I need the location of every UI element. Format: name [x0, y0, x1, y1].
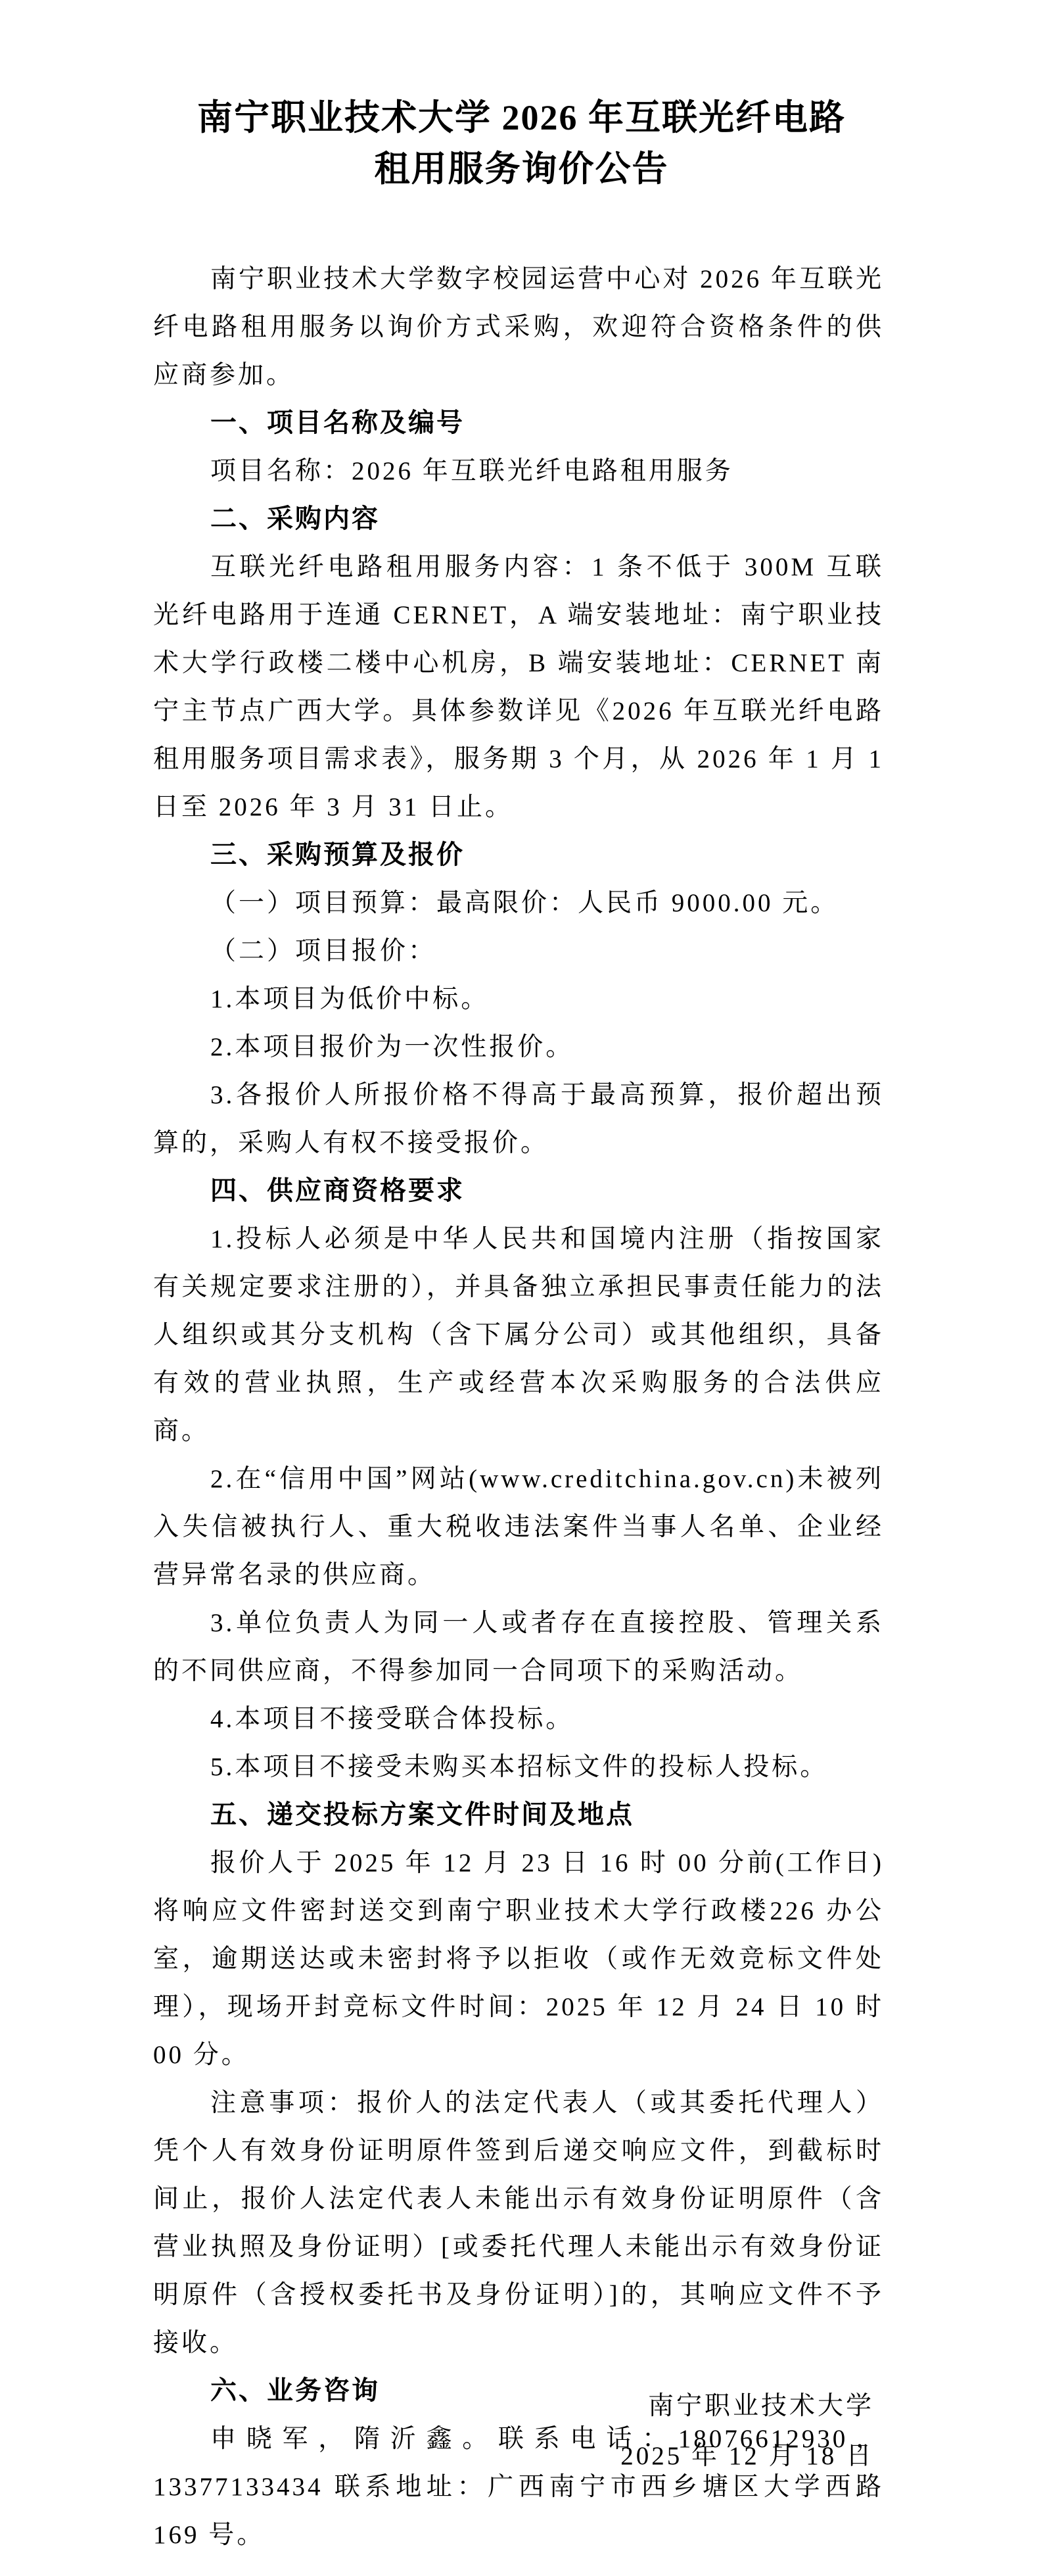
signature-date: 2025 年 12 月 18 日: [153, 2431, 884, 2481]
paragraph-procurement-content: 互联光纤电路租用服务内容：1 条不低于 300M 互联光纤电路用于连通 CERN…: [153, 543, 884, 831]
paragraph-quotation-rule-2: 2.本项目报价为一次性报价。: [153, 1023, 884, 1071]
paragraph-qualification-4: 4.本项目不接受联合体投标。: [153, 1695, 884, 1743]
paragraph-quotation-rule-1: 1.本项目为低价中标。: [153, 975, 884, 1023]
document-title-line-1: 南宁职业技术大学 2026 年互联光纤电路: [0, 92, 1043, 143]
section-heading-project-name: 一、项目名称及编号: [153, 399, 884, 447]
section-heading-budget-quotation: 三、采购预算及报价: [153, 831, 884, 879]
signature-organization: 南宁职业技术大学: [153, 2381, 884, 2431]
paragraph-submission-notes: 注意事项：报价人的法定代表人（或其委托代理人）凭个人有效身份证明原件签到后递交响…: [153, 2079, 884, 2367]
section-heading-procurement-content: 二、采购内容: [153, 495, 884, 543]
signature-block: 南宁职业技术大学 2025 年 12 月 18 日: [153, 2381, 884, 2481]
section-heading-submission: 五、递交投标方案文件时间及地点: [153, 1791, 884, 1839]
paragraph-intro: 南宁职业技术大学数字校园运营中心对 2026 年互联光纤电路租用服务以询价方式采…: [153, 255, 884, 399]
paragraph-budget: （一）项目预算：最高限价：人民币 9000.00 元。: [153, 879, 884, 927]
document-title-line-2: 租用服务询价公告: [0, 143, 1043, 195]
paragraph-submission-time-place: 报价人于 2025 年 12 月 23 日 16 时 00 分前(工作日)将响应…: [153, 1839, 884, 2079]
paragraph-quotation-label: （二）项目报价：: [153, 927, 884, 975]
document-title: 南宁职业技术大学 2026 年互联光纤电路 租用服务询价公告: [0, 0, 1043, 195]
section-heading-supplier-qualification: 四、供应商资格要求: [153, 1167, 884, 1215]
paragraph-qualification-5: 5.本项目不接受未购买本招标文件的投标人投标。: [153, 1743, 884, 1791]
paragraph-qualification-1: 1.投标人必须是中华人民共和国境内注册（指按国家有关规定要求注册的），并具备独立…: [153, 1215, 884, 1455]
paragraph-project-name: 项目名称：2026 年互联光纤电路租用服务: [153, 447, 884, 495]
paragraph-qualification-3: 3.单位负责人为同一人或者存在直接控股、管理关系的不同供应商，不得参加同一合同项…: [153, 1599, 884, 1695]
paragraph-quotation-rule-3: 3.各报价人所报价格不得高于最高预算，报价超出预算的，采购人有权不接受报价。: [153, 1071, 884, 1167]
document-body: 南宁职业技术大学数字校园运营中心对 2026 年互联光纤电路租用服务以询价方式采…: [153, 255, 884, 2559]
paragraph-qualification-2: 2.在“信用中国”网站(www.creditchina.gov.cn)未被列入失…: [153, 1455, 884, 1599]
document-page: 南宁职业技术大学 2026 年互联光纤电路 租用服务询价公告 南宁职业技术大学数…: [0, 0, 1043, 2576]
